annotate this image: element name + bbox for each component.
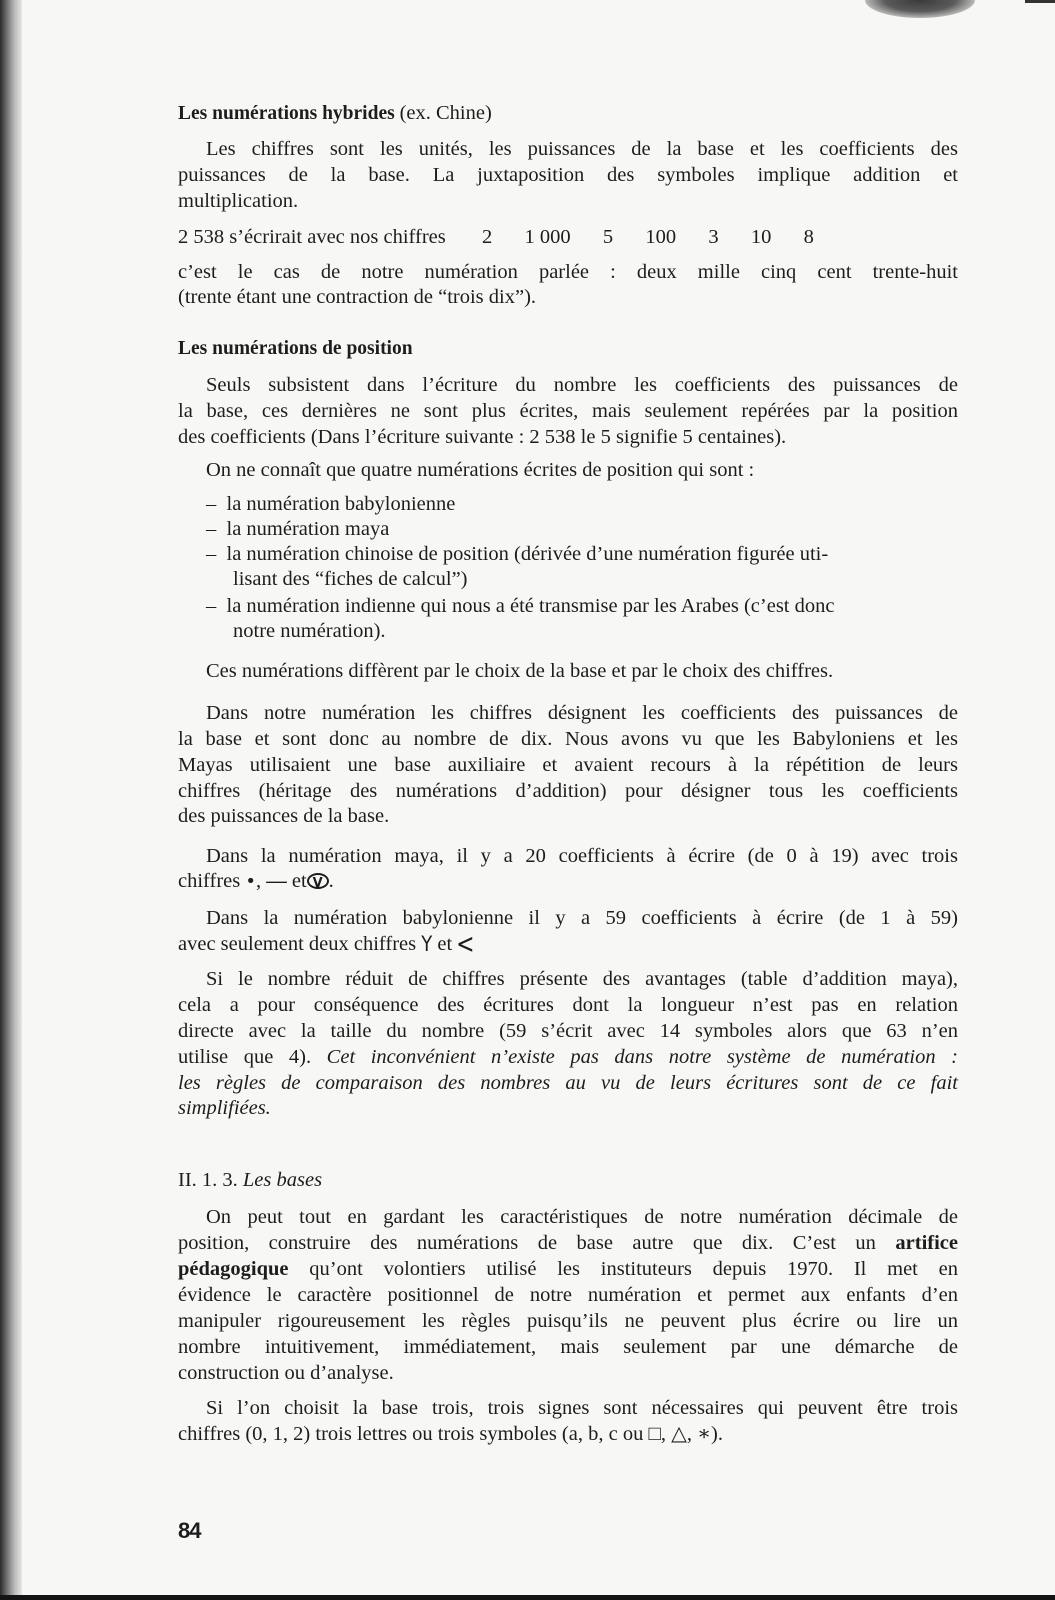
maya-symbols-line: chiffres •, — et. bbox=[178, 868, 958, 895]
dash-bullet: – bbox=[206, 543, 216, 565]
paragraph-line: Si l’on choisit la base trois, trois sig… bbox=[206, 1395, 958, 1421]
text: . bbox=[329, 870, 334, 892]
list-item-text: la numération chinoise de position (déri… bbox=[227, 543, 829, 565]
list-item-text: la numération babylonienne bbox=[227, 493, 456, 515]
paragraph-line: On ne connaît que quatre numérations écr… bbox=[206, 457, 958, 483]
list-item-continuation: notre numération). bbox=[233, 618, 958, 644]
paragraph-line: des coefficients (Dans l’écriture suivan… bbox=[178, 424, 958, 450]
list-item: – la numération babylonienne bbox=[206, 491, 958, 517]
text: et bbox=[437, 933, 452, 955]
paragraph-line: Dans notre numération les chiffres désig… bbox=[206, 700, 958, 726]
paragraph-line: la base, ces dernières ne sont plus écri… bbox=[178, 398, 958, 424]
example-token: 100 bbox=[645, 226, 676, 248]
book-page: Les numérations hybrides (ex. Chine) Les… bbox=[0, 0, 1055, 1600]
dash-bullet: – bbox=[206, 493, 216, 515]
section-title: Les bases bbox=[243, 1169, 322, 1191]
text: et bbox=[292, 870, 307, 892]
example-token: 5 bbox=[603, 226, 613, 248]
maya-bar-icon: — bbox=[266, 870, 287, 892]
paragraph-line: chiffres (0, 1, 2) trois lettres ou troi… bbox=[178, 1421, 958, 1447]
paragraph-line: évidence le caractère positionnel de not… bbox=[178, 1282, 958, 1308]
text: chiffres bbox=[178, 870, 240, 892]
paragraph-line: nombre intuitivement, immédiatement, mai… bbox=[178, 1334, 958, 1360]
italic-text: Cet inconvénient n’existe pas dans notre… bbox=[327, 1046, 958, 1068]
list-item-continuation: lisant des “fiches de calcul”) bbox=[233, 566, 958, 592]
list-item: – la numération indienne qui nous a été … bbox=[206, 593, 958, 619]
paragraph-line: On peut tout en gardant les caractéristi… bbox=[206, 1204, 958, 1230]
section-heading-hybrid: Les numérations hybrides (ex. Chine) bbox=[178, 100, 958, 127]
heading-text: Les numérations hybrides bbox=[178, 103, 395, 124]
paragraph-line: Dans la numération babylonienne il y a 5… bbox=[206, 905, 958, 931]
paragraph-line: c’est le cas de notre numération parlée … bbox=[178, 259, 958, 285]
text: utilise que 4). bbox=[178, 1046, 311, 1068]
example-prefix: 2 538 s’écrirait avec nos chiffres bbox=[178, 226, 446, 248]
paragraph-line: cela a pour conséquence des écritures do… bbox=[178, 992, 958, 1018]
paragraph-line-italic: simplifiées. bbox=[178, 1095, 958, 1121]
section-heading-bases: II. 1. 3. Les bases bbox=[178, 1167, 958, 1193]
paragraph-line: puissances de la base. La juxtaposition … bbox=[178, 162, 958, 188]
text: position, construire des numérations de … bbox=[178, 1232, 876, 1254]
paragraph-line: des puissances de la base. bbox=[178, 803, 958, 829]
heading-suffix: (ex. Chine) bbox=[400, 102, 492, 124]
paragraph-line: Mayas utilisaient une base auxiliaire et… bbox=[178, 752, 958, 778]
paragraph-line: Dans la numération maya, il y a 20 coeff… bbox=[206, 843, 958, 869]
list-item-text: la numération indienne qui nous a été tr… bbox=[227, 595, 835, 617]
babylonian-ten-chevron-icon: < bbox=[456, 925, 474, 961]
babylon-symbols-line: avec seulement deux chiffres Y et < bbox=[178, 930, 958, 958]
page-number: 84 bbox=[178, 1518, 200, 1544]
example-token: 3 bbox=[708, 226, 718, 248]
paragraph-line: la base et sont donc au nombre de dix. N… bbox=[178, 726, 958, 752]
list-item: – la numération chinoise de position (dé… bbox=[206, 541, 958, 567]
paragraph-line: multiplication. bbox=[178, 188, 958, 214]
paragraph-line: Les chiffres sont les unités, les puissa… bbox=[206, 136, 958, 162]
paragraph-line: utilise que 4). Cet inconvénient n’exist… bbox=[178, 1044, 958, 1070]
paragraph-line: pédagogique qu’ont volontiers utilisé le… bbox=[178, 1256, 958, 1282]
text: avec seulement deux chiffres bbox=[178, 933, 416, 955]
bold-text: artifice bbox=[895, 1232, 958, 1254]
maya-dot-icon: • bbox=[245, 871, 256, 892]
example-token: 2 bbox=[482, 226, 492, 248]
dash-bullet: – bbox=[206, 518, 216, 540]
paragraph-line: Si le nombre réduit de chiffres présente… bbox=[206, 966, 958, 992]
paragraph-line-italic: les règles de comparaison des nombres au… bbox=[178, 1070, 958, 1096]
scan-bottom-edge bbox=[0, 1595, 1055, 1600]
paragraph-line: position, construire des numérations de … bbox=[178, 1230, 958, 1256]
section-heading-position: Les numérations de position bbox=[178, 336, 958, 362]
example-token: 1 000 bbox=[524, 226, 570, 248]
paragraph-line: directe avec la taille du nombre (59 s’é… bbox=[178, 1018, 958, 1044]
paragraph-line: Ces numérations diffèrent par le choix d… bbox=[206, 658, 958, 684]
paragraph-line: chiffres (héritage des numérations d’add… bbox=[178, 778, 958, 804]
example-token: 8 bbox=[804, 226, 814, 248]
example-token: 10 bbox=[751, 226, 772, 248]
text: , bbox=[256, 870, 261, 892]
maya-shell-icon bbox=[307, 873, 329, 889]
section-number: II. 1. 3. bbox=[178, 1169, 238, 1191]
list-item-text: la numération maya bbox=[227, 518, 390, 540]
paragraph-line: Seuls subsistent dans l’écriture du nomb… bbox=[206, 372, 958, 398]
example-line: 2 538 s’écrirait avec nos chiffres 2 1 0… bbox=[178, 224, 958, 250]
babylonian-unit-wedge-icon: Y bbox=[421, 929, 432, 960]
text: qu’ont volontiers utilisé les instituteu… bbox=[309, 1258, 958, 1280]
paragraph-line: (trente étant une contraction de “trois … bbox=[178, 284, 958, 310]
bold-text: pédagogique bbox=[178, 1258, 289, 1280]
paragraph-line: construction ou d’analyse. bbox=[178, 1360, 958, 1386]
list-item: – la numération maya bbox=[206, 516, 958, 542]
dash-bullet: – bbox=[206, 595, 216, 617]
paragraph-line: manipuler rigoureusement les règles puis… bbox=[178, 1308, 958, 1334]
